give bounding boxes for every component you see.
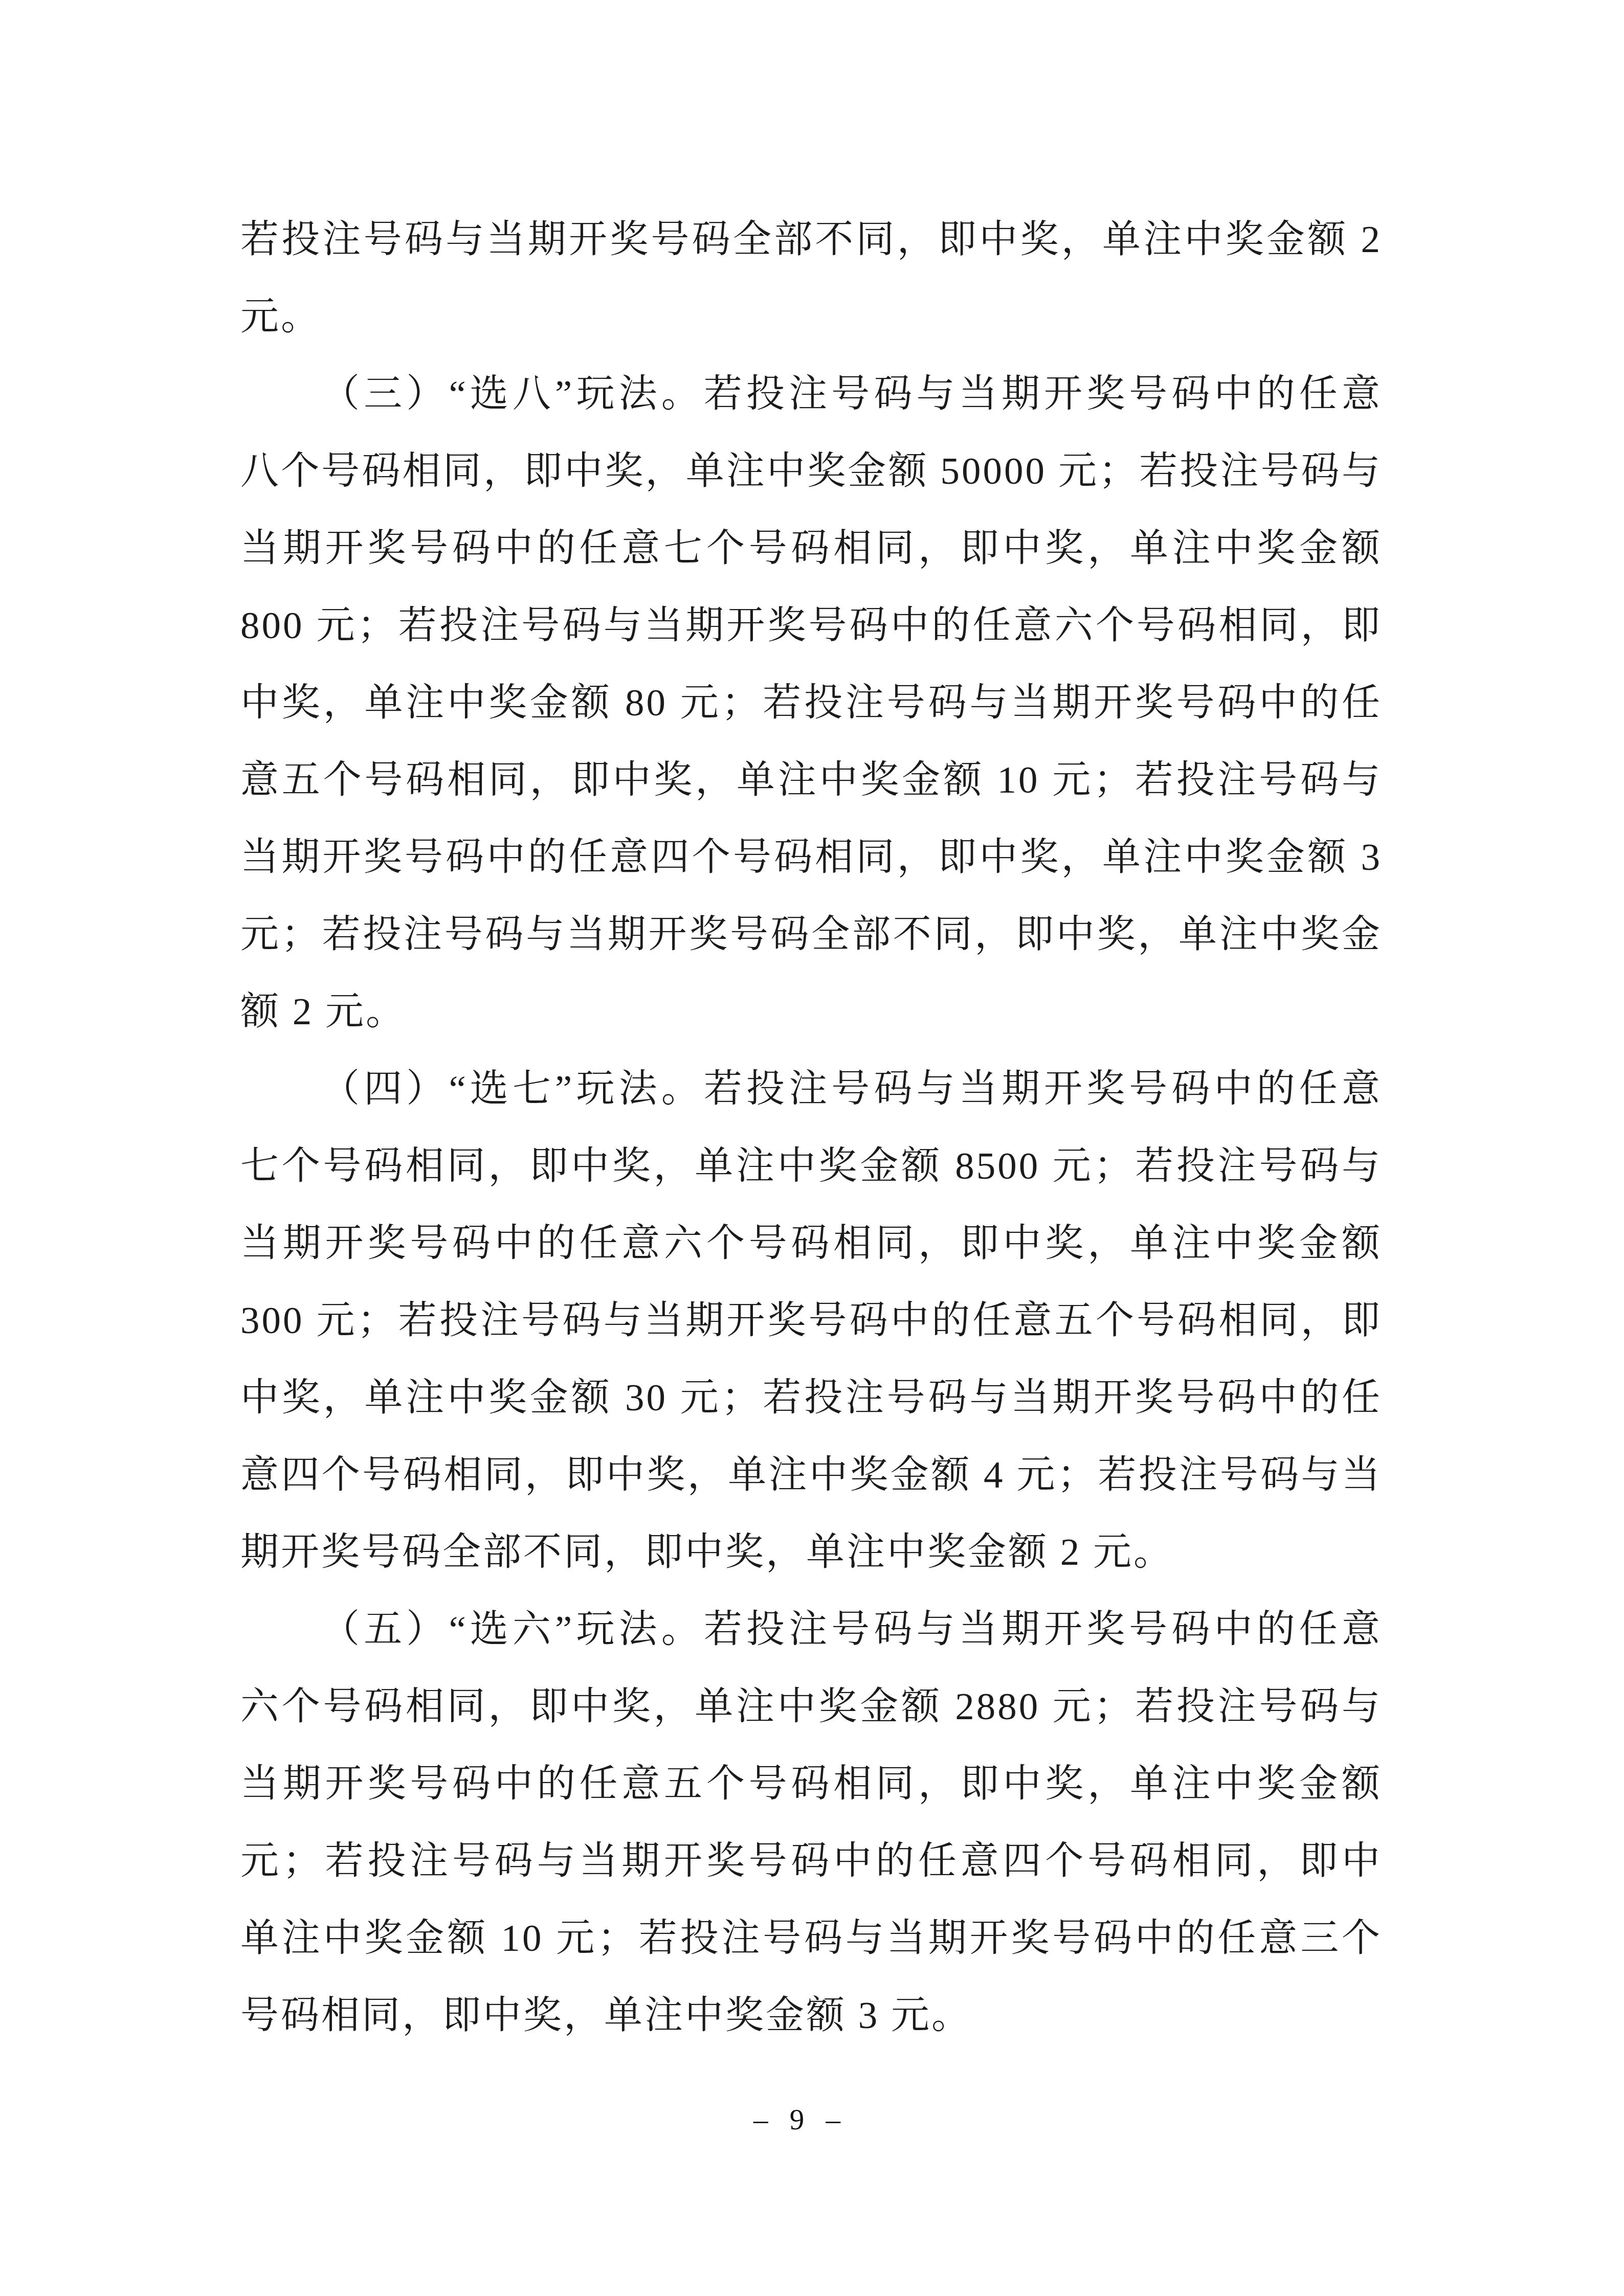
body-line: 元；若投注号码与当期开奖号码中的任意四个号码相同，即中奖， [240,1822,1382,1900]
body-line: 七个号码相同，即中奖，单注中奖金额 8500 元；若投注号码与 [240,1128,1382,1205]
body-line: 中奖，单注中奖金额 80 元；若投注号码与当期开奖号码中的任 [240,664,1382,741]
body-line: 中奖，单注中奖金额 30 元；若投注号码与当期开奖号码中的任 [240,1359,1382,1436]
document-body: 若投注号码与当期开奖号码全部不同，即中奖，单注中奖金额 2 元。 （三）“选八”… [240,201,1382,2054]
body-line: 八个号码相同，即中奖，单注中奖金额 50000 元；若投注号码与 [240,433,1382,510]
body-line: 六个号码相同，即中奖，单注中奖金额 2880 元；若投注号码与 [240,1668,1382,1745]
body-line-paragraph-start: （五）“选六”玩法。若投注号码与当期开奖号码中的任意 [240,1591,1382,1668]
body-line: 当期开奖号码中的任意四个号码相同，即中奖，单注中奖金额 3 [240,819,1382,896]
body-line: 元。 [240,278,1382,355]
body-line: 额 2 元。 [240,973,1382,1050]
body-line: 意四个号码相同，即中奖，单注中奖金额 4 元；若投注号码与当 [240,1436,1382,1514]
body-line: 意五个号码相同，即中奖，单注中奖金额 10 元；若投注号码与 [240,741,1382,819]
body-line: 800 元；若投注号码与当期开奖号码中的任意六个号码相同，即 [240,587,1382,664]
document-page: 若投注号码与当期开奖号码全部不同，即中奖，单注中奖金额 2 元。 （三）“选八”… [0,0,1624,2296]
body-line: 当期开奖号码中的任意六个号码相同，即中奖，单注中奖金额 [240,1205,1382,1282]
body-line-paragraph-start: （四）“选七”玩法。若投注号码与当期开奖号码中的任意 [240,1050,1382,1128]
body-line: 单注中奖金额 10 元；若投注号码与当期开奖号码中的任意三个 [240,1900,1382,1977]
body-line: 300 元；若投注号码与当期开奖号码中的任意五个号码相同，即 [240,1282,1382,1359]
body-line-paragraph-start: （三）“选八”玩法。若投注号码与当期开奖号码中的任意 [240,355,1382,433]
body-line: 若投注号码与当期开奖号码全部不同，即中奖，单注中奖金额 2 [240,201,1382,278]
body-line: 当期开奖号码中的任意七个号码相同，即中奖，单注中奖金额 [240,510,1382,587]
body-line: 号码相同，即中奖，单注中奖金额 3 元。 [240,1977,1382,2054]
body-line: 期开奖号码全部不同，即中奖，单注中奖金额 2 元。 [240,1514,1382,1591]
body-line: 当期开奖号码中的任意五个号码相同，即中奖，单注中奖金额 30 [240,1745,1382,1822]
page-number: – 9 – [0,2097,1601,2144]
body-line: 元；若投注号码与当期开奖号码全部不同，即中奖，单注中奖金 [240,896,1382,973]
